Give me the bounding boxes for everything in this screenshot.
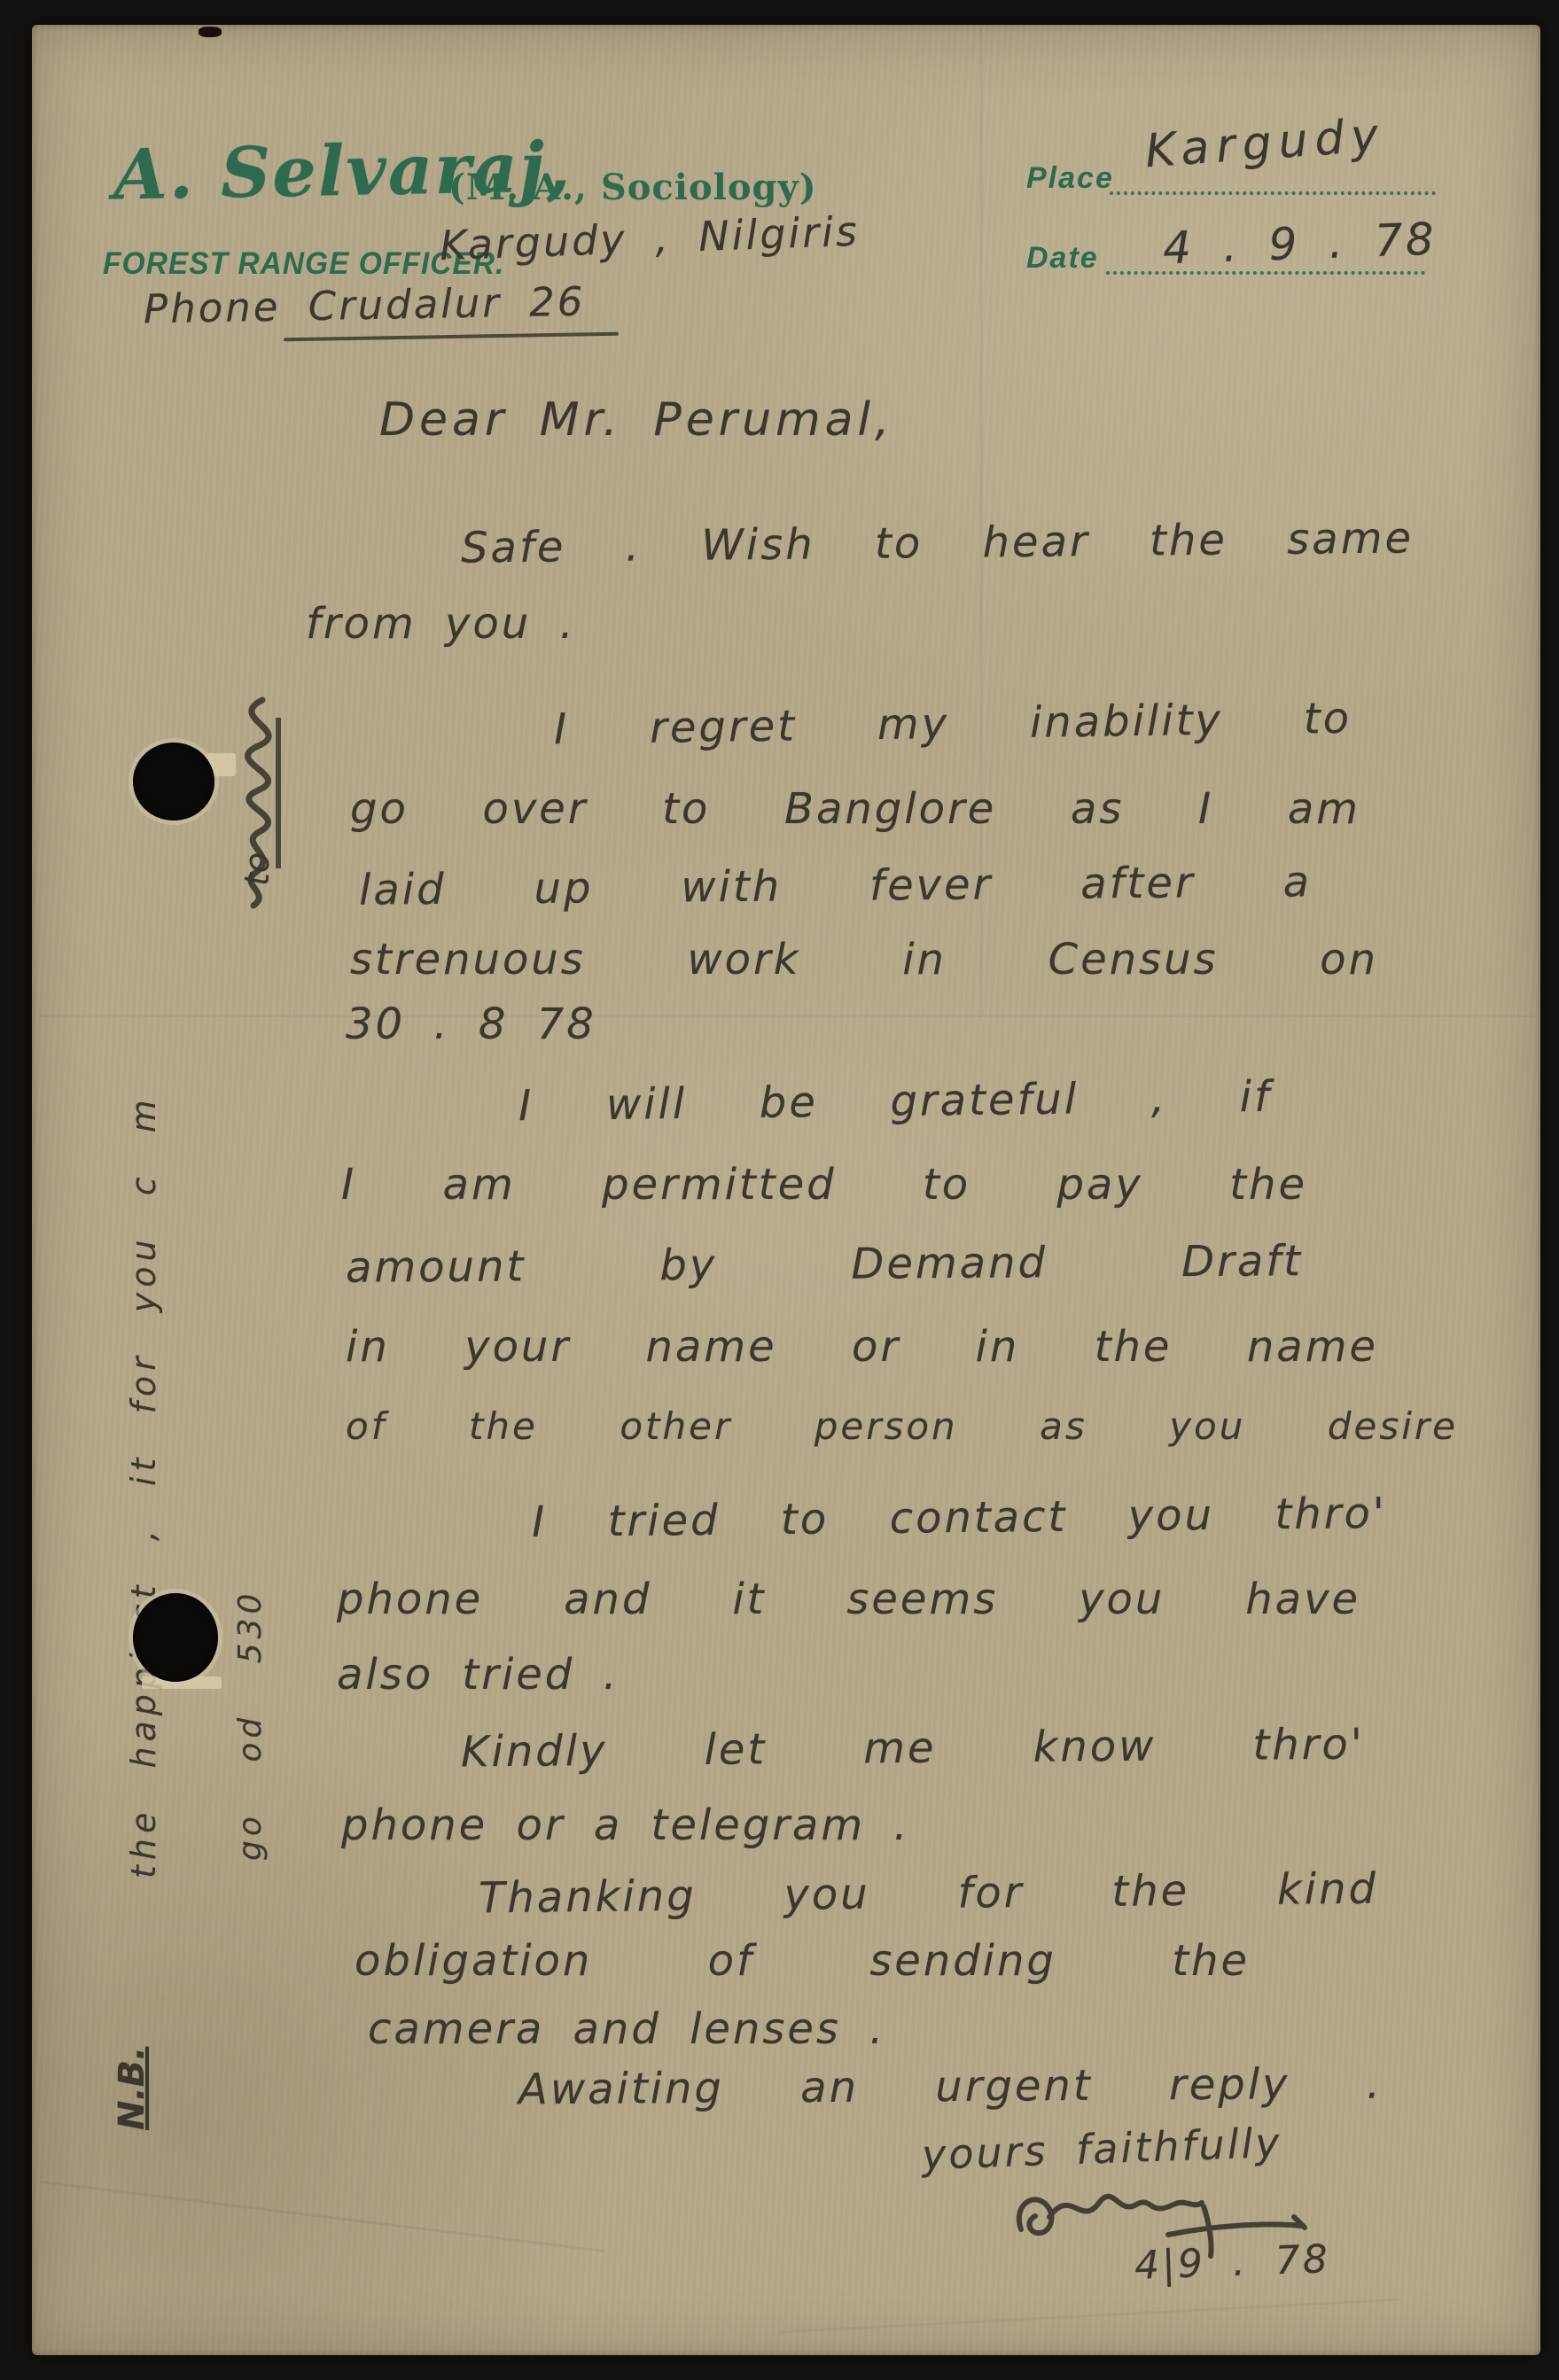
letter-line: phone and it seems you have — [337, 1577, 1360, 1622]
margin-nb-label: N.B. — [112, 1988, 152, 2130]
letter-line: 30 . 8 78 — [346, 999, 596, 1049]
letter-line: Kindly let me know thro' — [461, 1723, 1365, 1775]
place-label: Place — [1026, 161, 1114, 196]
date-label: Date — [1026, 241, 1099, 276]
letter-line: amount by Demand Draft — [346, 1239, 1303, 1290]
letter-line: Thanking you for the kind — [479, 1867, 1378, 1921]
date-value: 4 . 9 . 78 — [1162, 214, 1437, 275]
letter-line: from you . — [306, 599, 576, 649]
letter-line: laid up with fever after a — [359, 859, 1312, 913]
signature-date: 4|9 . 78 — [1134, 2236, 1330, 2289]
letter-line: I regret my inability to — [554, 696, 1352, 752]
letter-line: obligation of sending the — [355, 1939, 1250, 1983]
handwritten-phone: Phone Crudalur 26 — [144, 278, 586, 333]
letter-line: also tried . — [337, 1650, 620, 1699]
letter-line: I tried to contact you thro' — [532, 1491, 1387, 1544]
letter-line: of the other person as you desire — [346, 1407, 1458, 1446]
letter-line: Safe . Wish to hear the same — [461, 516, 1414, 571]
letter-line: I will be grateful , if — [518, 1075, 1273, 1129]
scanned-letter-photo: A. Selvaraj, (M. A., Sociology) FOREST R… — [0, 0, 1559, 2380]
punch-hole-bottom — [133, 1593, 218, 1682]
letter-line: camera and lenses . — [368, 2004, 885, 2054]
letter-line: I am permitted to pay the — [341, 1163, 1307, 1207]
date-dotted-line — [1106, 271, 1425, 275]
letterhead-credentials: (M. A., Sociology) — [448, 167, 817, 208]
paper-edge-nick — [199, 27, 222, 37]
letter-line: Awaiting an urgent reply . — [518, 2062, 1383, 2112]
margin-note-inner: go od 530 — [232, 1311, 269, 1861]
letter-line: go over to Banglore as I am — [350, 787, 1360, 831]
margin-note-outer: the happiest , it for you c m — [124, 673, 163, 1878]
punch-hole-top — [133, 743, 214, 821]
letter-line: in your name or in the name — [346, 1325, 1378, 1369]
place-dotted-line — [1110, 191, 1436, 195]
letter-line: phone or a telegram . — [341, 1801, 910, 1850]
salutation: Dear Mr. Perumal, — [379, 393, 894, 447]
letter-line: strenuous work in Census on — [350, 937, 1378, 982]
scribble-crossout — [209, 691, 307, 913]
